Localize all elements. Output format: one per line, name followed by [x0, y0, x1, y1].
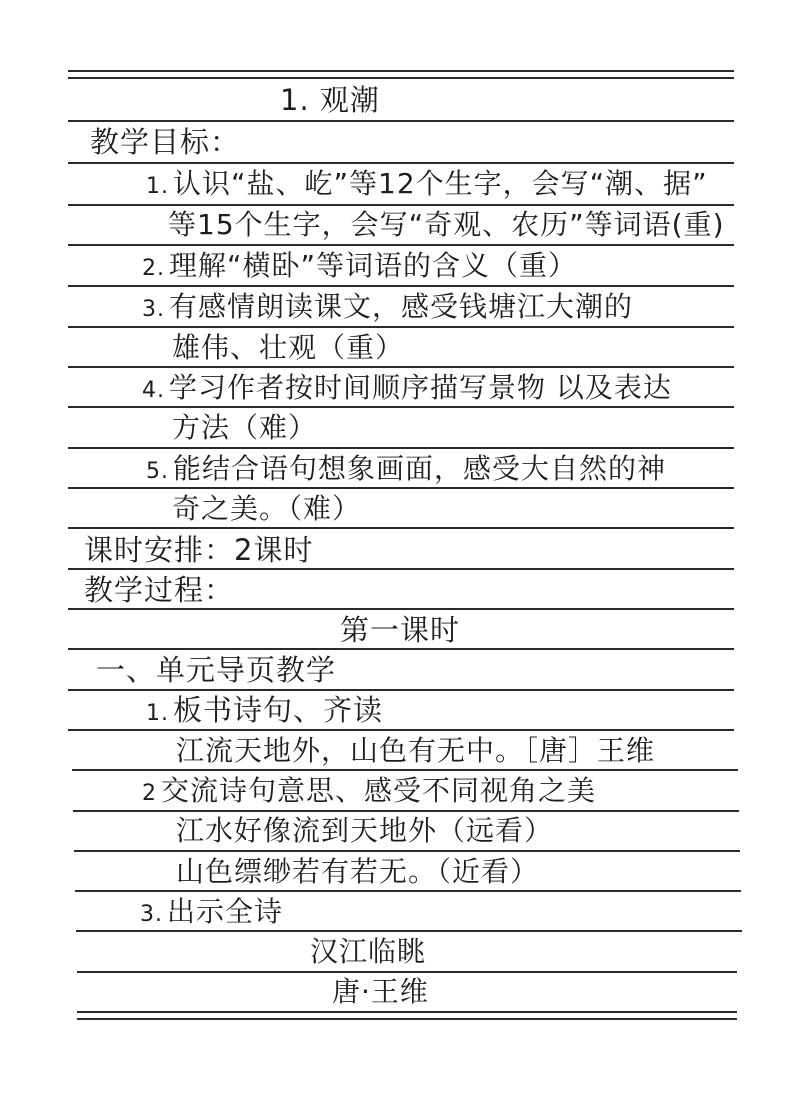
rule: [74, 850, 740, 852]
goals-heading: 教学目标：: [90, 124, 240, 160]
rule: [77, 971, 737, 973]
rule-top-2: [68, 77, 734, 79]
rule: [68, 568, 734, 570]
lesson-title: 第一课时: [340, 612, 460, 648]
rule: [68, 366, 734, 368]
goal-text: 有感情朗读课文，感受钱塘江大潮的: [169, 290, 633, 323]
rule: [68, 608, 734, 610]
rule-bottom-1: [77, 1011, 737, 1013]
rule: [72, 769, 738, 771]
goal-number: 1.: [146, 174, 169, 199]
goal-number: 2.: [142, 256, 165, 281]
goal-number: 5.: [146, 459, 169, 484]
step-2-sub-1: 江水好像流到天地外（远看）: [176, 813, 553, 849]
rule: [68, 120, 734, 122]
goal-number: 4.: [142, 378, 165, 403]
rule: [68, 447, 734, 449]
step-item-2: 2交流诗句意思、感受不同视角之美: [142, 773, 596, 812]
section-heading: 一、单元导页教学: [96, 652, 336, 688]
step-2-sub-2: 山色缥缈若有若无。（近看）: [176, 854, 539, 890]
rule: [68, 527, 734, 529]
step-number: 3.: [140, 902, 163, 927]
rule: [68, 689, 734, 691]
rule: [75, 890, 741, 892]
goal-number: 3.: [142, 297, 165, 322]
goal-item-1-cont: 等15个生字，会写“奇观、农历”等词语(重): [168, 207, 725, 243]
schedule-line: 课时安排：2课时: [84, 532, 313, 568]
step-number: 2: [142, 781, 157, 806]
step-number: 1.: [146, 701, 169, 726]
rule: [68, 648, 734, 650]
goal-item-3: 3.有感情朗读课文，感受钱塘江大潮的: [142, 289, 633, 328]
poem-title: 汉江临眺: [310, 934, 426, 970]
poem-line-quote: 江流天地外，山色有无中。［唐］王维: [176, 733, 655, 769]
step-item-1: 1.板书诗句、齐读: [146, 692, 383, 732]
step-text: 板书诗句、齐读: [173, 693, 383, 727]
rule: [68, 244, 734, 246]
goal-item-1: 1.认识“盐、屹”等12个生字，会写“潮、据”: [146, 166, 708, 205]
process-heading: 教学过程：: [84, 572, 234, 608]
goal-item-5-cont: 奇之美。（难）: [172, 491, 361, 527]
goal-item-2: 2.理解“横卧”等词语的含义（重）: [142, 248, 577, 287]
goal-text: 能结合语句想象画面，感受大自然的神: [173, 452, 666, 485]
rule-top-1: [68, 70, 734, 72]
goal-text: 认识“盐、屹”等12个生字，会写“潮、据”: [173, 167, 708, 200]
goal-item-4-cont: 方法（难）: [172, 410, 317, 446]
goal-item-5: 5.能结合语句想象画面，感受大自然的神: [146, 451, 666, 490]
goal-item-3-cont: 雄伟、壮观（重）: [172, 330, 404, 366]
step-item-3: 3.出示全诗: [140, 894, 283, 933]
rule: [68, 162, 734, 164]
goal-text: 理解“横卧”等词语的含义（重）: [169, 249, 577, 282]
goal-item-4: 4.学习作者按时间顺序描写景物 以及表达: [142, 370, 672, 409]
step-text: 交流诗句意思、感受不同视角之美: [161, 774, 596, 807]
poem-author: 唐·王维: [332, 974, 429, 1010]
goal-text: 学习作者按时间顺序描写景物 以及表达: [169, 371, 672, 404]
notebook-page: 1. 观潮 教学目标： 1.认识“盐、屹”等12个生字，会写“潮、据” 等15个…: [0, 0, 800, 1094]
rule-bottom-2: [77, 1018, 737, 1020]
step-text: 出示全诗: [167, 895, 283, 928]
page-title: 1. 观潮: [280, 82, 380, 118]
